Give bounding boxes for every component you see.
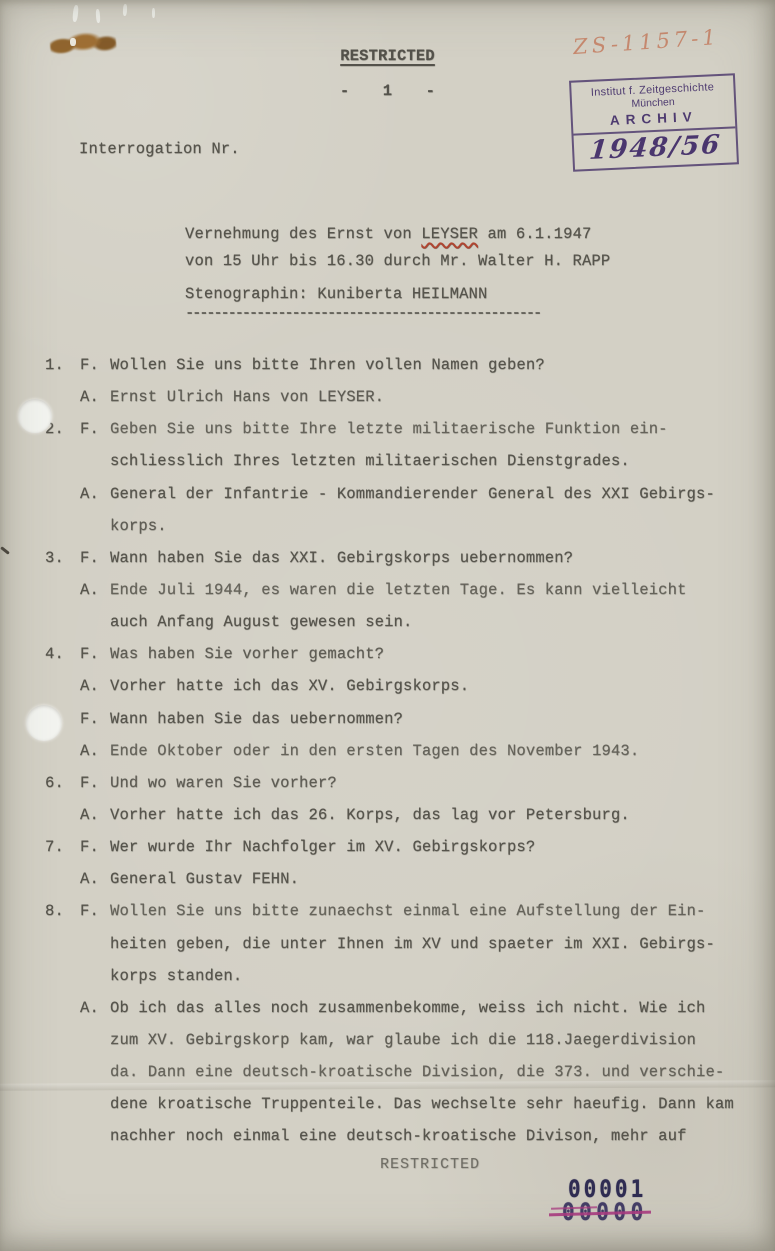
qa-text: Geben Sie uns bitte Ihre letzte militaer… — [110, 420, 668, 438]
qa-line: zum XV. Gebirgskorp kam, war glaube ich … — [0, 1027, 775, 1059]
qa-text: General Gustav FEHN. — [110, 870, 299, 888]
qa-line: 5. F. Wann haben Sie das uebernommen? — [0, 706, 775, 738]
qa-line: 4. F. Was haben Sie vorher gemacht? — [0, 641, 775, 673]
speaker-label: F. — [80, 420, 99, 438]
qa-line: schliesslich Ihres letzten militaerische… — [0, 448, 775, 480]
speaker-label: A. — [80, 806, 99, 824]
qa-line: A. Ende Juli 1944, es waren die letzten … — [0, 577, 775, 609]
classification-header-text: RESTRICTED — [340, 47, 435, 65]
qa-line: A. Ende Oktober oder in den ersten Tagen… — [0, 738, 775, 770]
qa-text: Und wo waren Sie vorher? — [110, 774, 337, 792]
qa-text: Vorher hatte ich das XV. Gebirgskorps. — [110, 677, 469, 695]
speaker-label: A. — [80, 870, 99, 888]
qa-line: A. Vorher hatte ich das 26. Korps, das l… — [0, 802, 775, 834]
qa-line: heiten geben, die unter Ihnen im XV und … — [0, 931, 775, 963]
intro-block: Vernehmung des Ernst von LEYSER am 6.1.1… — [185, 221, 610, 320]
question-number: 1. — [45, 356, 64, 374]
speaker-label: A. — [80, 677, 99, 695]
intro-line1-pre: Vernehmung des Ernst von — [185, 225, 421, 243]
qa-line: 2. F. Geben Sie uns bitte Ihre letzte mi… — [0, 416, 775, 448]
speaker-label: F. — [80, 549, 99, 567]
intro-line-1: Vernehmung des Ernst von LEYSER am 6.1.1… — [185, 221, 610, 248]
speaker-label: F. — [80, 710, 99, 728]
paper-speck — [152, 8, 155, 18]
qa-line: korps. — [0, 513, 775, 545]
dashed-separator: ----------------------------------------… — [185, 306, 610, 320]
qa-text: Ernst Ulrich Hans von LEYSER. — [110, 388, 384, 406]
speaker-label: F. — [80, 356, 99, 374]
paper-speck — [72, 5, 79, 22]
punch-hole-top — [18, 399, 52, 433]
qa-line: dene kroatische Truppenteile. Das wechse… — [0, 1091, 775, 1123]
interrogation-label: Interrogation Nr. — [79, 140, 240, 158]
qa-text: schliesslich Ihres letzten militaerische… — [110, 452, 630, 470]
paper-speck — [70, 38, 76, 46]
question-number: 7. — [45, 838, 64, 856]
qa-text: da. Dann eine deutsch-kroatische Divisio… — [110, 1063, 724, 1081]
qa-line: 1. F. Wollen Sie uns bitte Ihren vollen … — [0, 352, 775, 384]
archive-stamp: Institut f. Zeitgeschichte München ARCHI… — [569, 73, 739, 171]
archive-stamp-header: Institut f. Zeitgeschichte München ARCHI… — [571, 75, 735, 135]
qa-line: A. Ob ich das alles noch zusammenbekomme… — [0, 995, 775, 1027]
qa-list: 1. F. Wollen Sie uns bitte Ihren vollen … — [0, 352, 775, 1156]
speaker-label: A. — [80, 742, 99, 760]
qa-line: A. General der Infantrie - Kommandierend… — [0, 481, 775, 513]
qa-text: Wann haben Sie das XXI. Gebirgskorps ueb… — [110, 549, 573, 567]
qa-text: Was haben Sie vorher gemacht? — [110, 645, 384, 663]
qa-line: nachher noch einmal eine deutsch-kroatis… — [0, 1123, 775, 1155]
qa-text: korps standen. — [110, 967, 242, 985]
qa-text: korps. — [110, 517, 167, 535]
qa-line: 8. F. Wollen Sie uns bitte zunaechst ein… — [0, 898, 775, 930]
qa-text: Wollen Sie uns bitte zunaechst einmal ei… — [110, 902, 705, 920]
qa-line: 6. F. Und wo waren Sie vorher? — [0, 770, 775, 802]
question-number: 3. — [45, 549, 64, 567]
qa-text: General der Infantrie - Kommandierender … — [110, 485, 715, 503]
speaker-label: F. — [80, 902, 99, 920]
punch-hole-bottom — [26, 705, 62, 741]
qa-text: Wann haben Sie das uebernommen? — [110, 710, 403, 728]
qa-text: Ob ich das alles noch zusammenbekomme, w… — [110, 999, 705, 1017]
qa-text: Ende Oktober oder in den ersten Tagen de… — [110, 742, 639, 760]
qa-text: heiten geben, die unter Ihnen im XV und … — [110, 935, 715, 953]
question-number: 6. — [45, 774, 64, 792]
qa-line: A. General Gustav FEHN. — [0, 866, 775, 898]
qa-text: Wollen Sie uns bitte Ihren vollen Namen … — [110, 356, 545, 374]
qa-line: auch Anfang August gewesen sein. — [0, 609, 775, 641]
speaker-label: F. — [80, 838, 99, 856]
paper-speck — [96, 9, 101, 23]
qa-line: 7. F. Wer wurde Ihr Nachfolger im XV. Ge… — [0, 834, 775, 866]
paper-speck — [123, 4, 128, 16]
document-page: RESTRICTED - 1 - ZS-1157-1 Institut f. Z… — [0, 0, 775, 1251]
intro-line1-post: am 6.1.1947 — [478, 225, 591, 243]
interrogee-name: LEYSER — [421, 225, 478, 243]
intro-line-2: von 15 Uhr bis 16.30 durch Mr. Walter H.… — [185, 248, 610, 275]
speaker-label: A. — [80, 999, 99, 1017]
speaker-label: A. — [80, 388, 99, 406]
qa-text: auch Anfang August gewesen sein. — [110, 613, 412, 631]
question-number: 4. — [45, 645, 64, 663]
qa-line: A. Vorher hatte ich das XV. Gebirgskorps… — [0, 673, 775, 705]
speaker-label: A. — [80, 485, 99, 503]
stamp-accession-number: 1948/56 — [573, 128, 738, 170]
qa-text: dene kroatische Truppenteile. Das wechse… — [110, 1095, 734, 1113]
speaker-label: F. — [80, 645, 99, 663]
question-number: 8. — [45, 902, 64, 920]
qa-text: zum XV. Gebirgskorp kam, war glaube ich … — [110, 1031, 696, 1049]
qa-text: Ende Juli 1944, es waren die letzten Tag… — [110, 581, 687, 599]
qa-text: Vorher hatte ich das 26. Korps, das lag … — [110, 806, 630, 824]
qa-text: nachher noch einmal eine deutsch-kroatis… — [110, 1127, 687, 1145]
classification-footer: RESTRICTED — [380, 1156, 480, 1173]
qa-line: 3. F. Wann haben Sie das XXI. Gebirgskor… — [0, 545, 775, 577]
speaker-label: A. — [80, 581, 99, 599]
qa-line: A. Ernst Ulrich Hans von LEYSER. — [0, 384, 775, 416]
qa-line: korps standen. — [0, 963, 775, 995]
qa-text: Wer wurde Ihr Nachfolger im XV. Gebirgsk… — [110, 838, 535, 856]
speaker-label: F. — [80, 774, 99, 792]
